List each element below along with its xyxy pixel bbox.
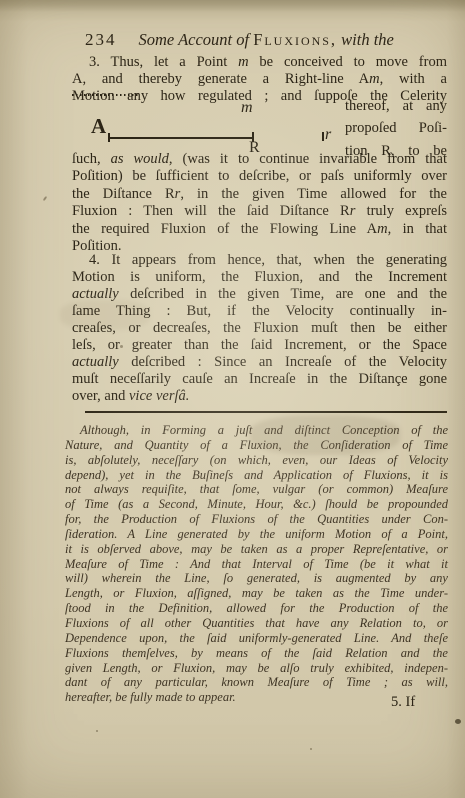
text-line: 4. It appears from hence, that, when the… [72, 252, 447, 269]
scanned-book-page: 234 Some Account of Fluxions, with the 3… [0, 0, 465, 798]
diagram-tick-at-r-position [252, 132, 254, 142]
text-line: Dependence upon, the ſaid uniformly-gene… [65, 631, 448, 646]
paper-speck [43, 196, 48, 201]
text-line: over, and vice verſâ. [72, 388, 447, 405]
text-line: is, abſolutely, neceſſary (on which, eve… [65, 453, 448, 468]
catchword: 5. If [391, 694, 451, 711]
text-line: Meaſure of Time : And that Interval of T… [65, 557, 448, 572]
text-line: Fluxion : Then will the ſaid Diſtance Rr… [72, 203, 447, 220]
diagram-baseline-am [108, 137, 253, 139]
footnote-separator-rule [85, 411, 447, 413]
text-line: Fluxions of all other Quantities that ha… [65, 616, 448, 631]
diagram-label-a: A [91, 116, 106, 137]
text-line: dant of any particular, known Meaſure of… [65, 675, 448, 690]
text-line: muſt neceſſarily cauſe an Increaſe in th… [72, 371, 447, 388]
text-line: actually deſcribed : Since an Increaſe o… [72, 354, 447, 371]
text-line: propoſed Poſi- [345, 117, 447, 139]
text-line: not always requiſite, that ſome, vulgar … [65, 482, 448, 497]
text-line: A, and thereby generate a Right-line Am,… [72, 71, 447, 88]
diagram-dotted-extension [72, 94, 138, 96]
diagram-label-r-small: r [325, 127, 331, 143]
running-title: Some Account of Fluxions, with the [139, 30, 394, 50]
paragraph-3-continued: ſuch, as would, (was it to continue inva… [72, 151, 447, 255]
paper-speck [455, 719, 461, 724]
text-line: leſs, or greater than the ſaid Increment… [72, 337, 447, 354]
text-line: thereof, at any [345, 95, 447, 117]
text-line: of Time (as a Second, Minute, Hour, &c.)… [65, 497, 448, 512]
diagram-label-m: m [241, 100, 253, 116]
text-line: Motion is uniform, the Fluxion, and the … [72, 269, 447, 286]
text-line: it is obſerved above, may be taken as a … [65, 542, 448, 557]
page-number: 234 [85, 30, 117, 50]
paper-speck [120, 345, 123, 348]
text-line: ſuch, as would, (was it to continue inva… [72, 151, 447, 168]
ink-bleedthrough [250, 415, 400, 455]
text-line: ſideration. A Line generated by the unif… [65, 527, 448, 542]
text-line: ſtood in the Definition, allowed for the… [65, 601, 448, 616]
text-line: 3. Thus, let a Point m be conceived to m… [72, 54, 447, 71]
fluxion-diagram: A m R r [72, 94, 344, 158]
text-line: given Length, or Fluxion, may be alſo tr… [65, 661, 448, 676]
text-line: Poſition) be ſufficient to deſcribe, or … [72, 168, 447, 185]
text-line: Fluxions themſelves, by means of the ſai… [65, 646, 448, 661]
footnote-commentary: Although, in Forming a juſt and diſtinct… [65, 423, 448, 705]
paper-speck [96, 730, 98, 732]
diagram-tick-end [322, 132, 324, 141]
text-line: for, the Production of Fluxions of the Q… [65, 512, 448, 527]
text-line: Length, or Fluxion, aſſigned, may be tak… [65, 586, 448, 601]
ink-bleedthrough [60, 300, 150, 330]
text-line: depend), yet in the Buſineſs and Applica… [65, 468, 448, 483]
text-line: will) wherein the Line, ſo generated, is… [65, 571, 448, 586]
text-line: the Diſtance Rr, in the given Time allow… [72, 186, 447, 203]
paper-speck [310, 748, 312, 750]
text-line: the required Fluxion of the Flowing Line… [72, 221, 447, 238]
page-header: 234 Some Account of Fluxions, with the [85, 30, 447, 54]
